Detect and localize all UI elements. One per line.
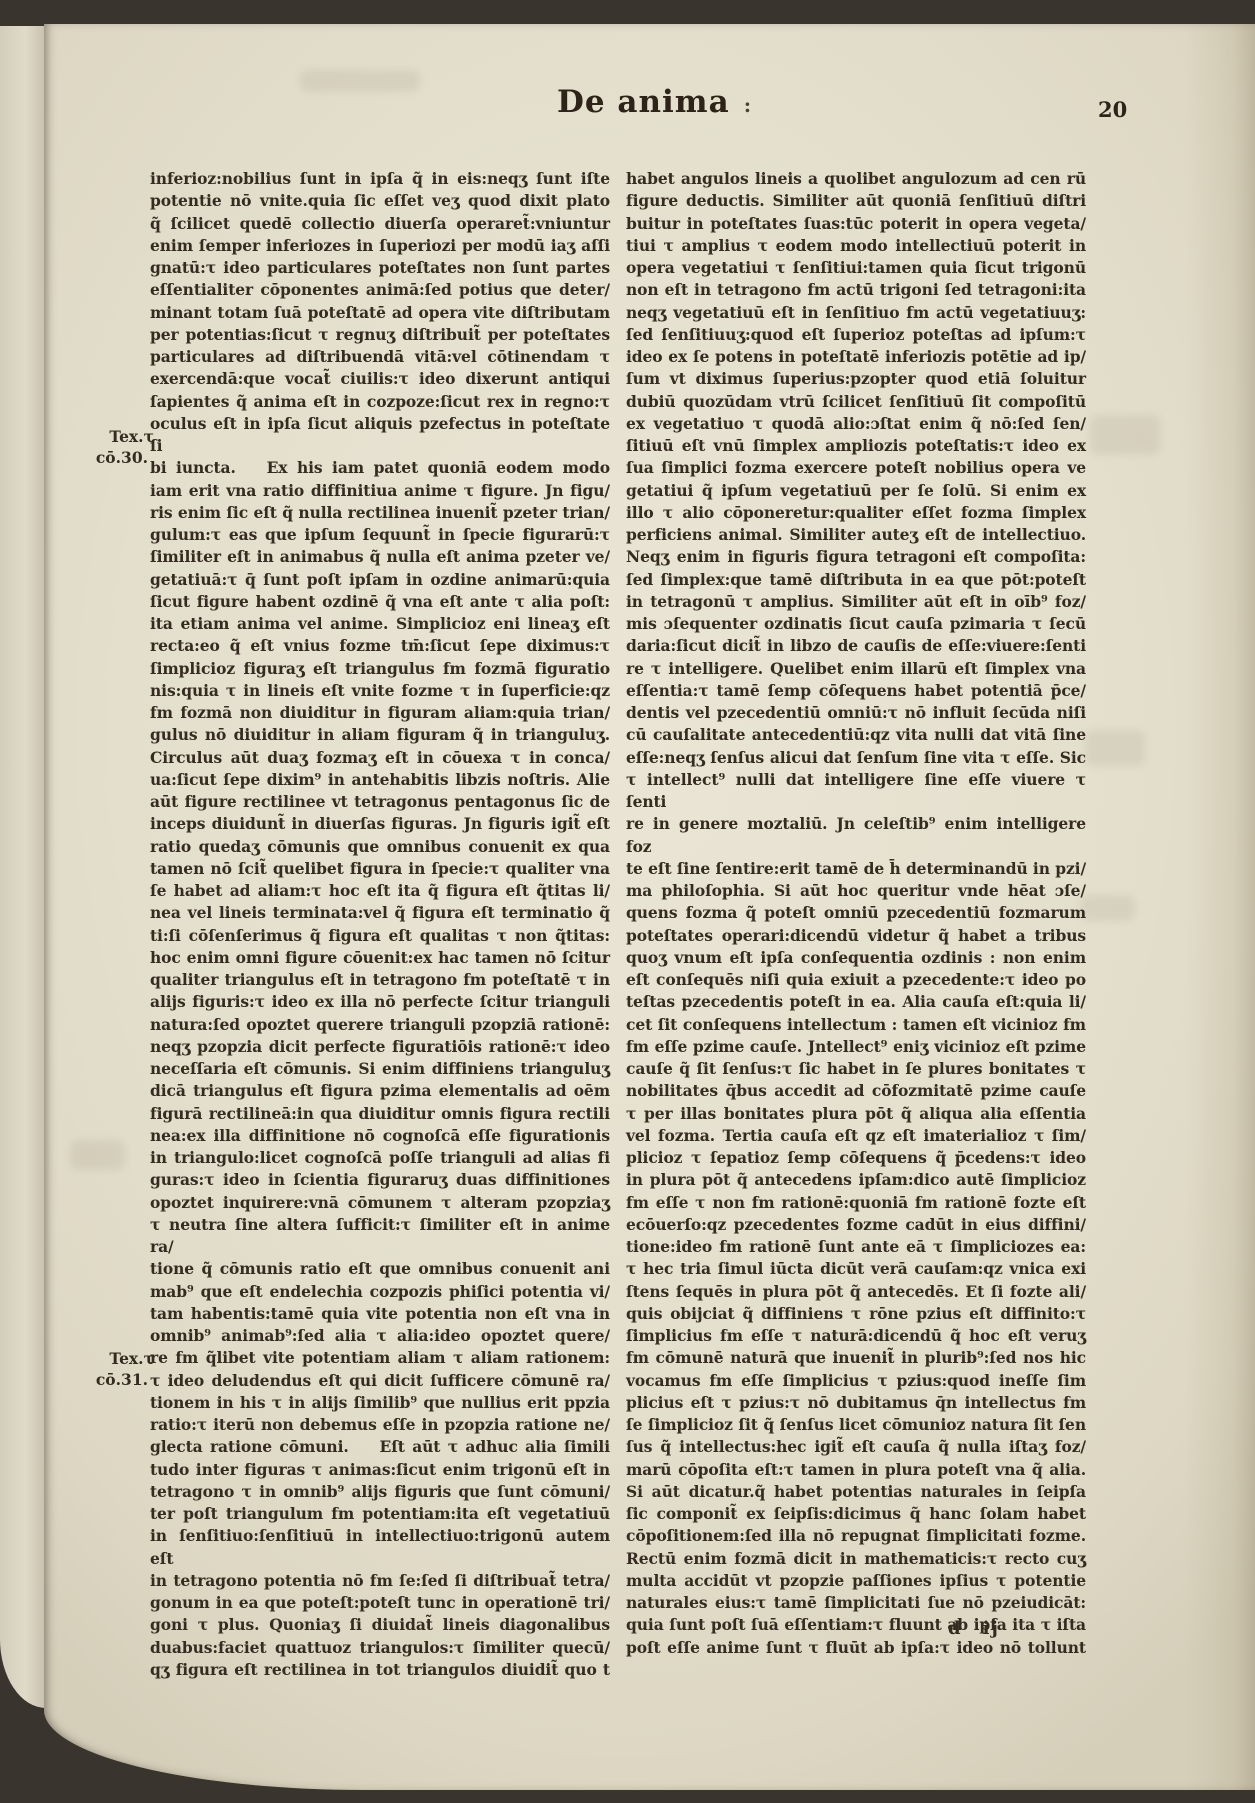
- text-line: ſimplicioz figuraʒ eſt triangulus fm foz…: [150, 658, 610, 680]
- text-line: getatiuā:τ q̄ ſunt poſt ipſam in ozdine …: [150, 569, 610, 591]
- text-line: ratio quedaʒ cōmunis que omnibus conueni…: [150, 836, 610, 858]
- text-line: fm eſſe pzime cauſe. Jntellect⁹ eniʒ vic…: [626, 1036, 1086, 1058]
- text-line: ſum vt diximus ſuperius:pzopter quod eti…: [626, 368, 1086, 390]
- text-line: ſitiuū eſt vnū ſimplex ampliozis poteſta…: [626, 435, 1086, 457]
- margin-note-tex-31: Tex.τ cō.31.: [58, 1348, 154, 1390]
- text-line: omnib⁹ animab⁹:ſed alia τ alia:ideo opoz…: [150, 1325, 610, 1347]
- text-line: naturales eius:τ tamē ſimplicitati ſue n…: [626, 1592, 1086, 1614]
- text-line: qʒ figura eſt rectilinea in tot triangul…: [150, 1659, 610, 1681]
- text-line: quis obijciat q̃ diffiniens τ rōne pzius…: [626, 1303, 1086, 1325]
- text-line: minant totam ſuā poteſtatē ad opera vite…: [150, 302, 610, 324]
- text-line: particulares ad diſtribuendā vitā:vel cō…: [150, 346, 610, 368]
- text-line: nea vel lineis terminata:vel q̃ figura e…: [150, 902, 610, 924]
- text-line: mab⁹ que eſt endelechia cozpozis phiſici…: [150, 1281, 610, 1303]
- text-line: marū cōpoſita eſt:τ tamen in plura poteſ…: [626, 1459, 1086, 1481]
- text-line: aūt figure rectilinee vt tetragonus pent…: [150, 791, 610, 813]
- text-line: enim ſemper inferiozes in ſuperiozi per …: [150, 235, 610, 257]
- text-line: plicius eſt τ pzius:τ nō dubitamus q̄n i…: [626, 1392, 1086, 1414]
- text-line: neqʒ vegetatiuū eſt in ſenſitiuo fm actū…: [626, 302, 1086, 324]
- text-column-right: habet angulos lineis a quolibet angulozu…: [626, 168, 1086, 1659]
- text-line: dentis vel pzecedentiū omniū:τ nō influi…: [626, 702, 1086, 724]
- text-line: τ hec tria ſimul iūcta dicūt verā cauſam…: [626, 1258, 1086, 1280]
- text-line: ſicut figure habent ozdinē q̃ vna eſt an…: [150, 591, 610, 613]
- text-line: potentie nō vnite.quia ſic eſſet veʒ quo…: [150, 190, 610, 212]
- text-line: eſſentia:τ tamē ſemp cōſequens habet pot…: [626, 680, 1086, 702]
- text-line: tionem in his τ in alijs ſimilib⁹ que nu…: [150, 1392, 610, 1414]
- text-line: plicioz τ ſepatioz ſemp cōſequens q̃ p̄c…: [626, 1147, 1086, 1169]
- text-line: poſt eſſe anime ſunt τ fluūt ab ipſa:τ i…: [626, 1637, 1086, 1659]
- text-line: multa accidūt vt pzopzie paſſiones ipſiu…: [626, 1570, 1086, 1592]
- text-line: in triangulo:licet cognoſcā poſſe triang…: [150, 1147, 610, 1169]
- text-line: ratio:τ iterū non debemus eſſe in pzopzi…: [150, 1414, 610, 1436]
- text-line: gonum in ea que poteſt:poteſt tunc in op…: [150, 1592, 610, 1614]
- text-line: τ ideo deludendus eſt qui dicit ſufficer…: [150, 1370, 610, 1392]
- text-line: nis:quia τ in lineis eſt vnite fozme τ i…: [150, 680, 610, 702]
- fore-edge-shading: [1185, 24, 1255, 1790]
- text-line: ſed ſimplex:que tamē diſtributa in ea qu…: [626, 569, 1086, 591]
- text-line: per potentias:ſicut τ regnuʒ diſtribuit̃…: [150, 324, 610, 346]
- text-line: ſimiliter eſt in animabus q̃ nulla eſt a…: [150, 546, 610, 568]
- text-line: τ per illas bonitates plura pōt q̃ aliqu…: [626, 1103, 1086, 1125]
- text-line: iam erit vna ratio diffinitiua anime τ f…: [150, 480, 610, 502]
- text-line: ſic componit̃ ex ſeipſis:dicimus q̃ hanc…: [626, 1503, 1086, 1525]
- text-line: vocamus fm eſſe ſimplicius τ pzius:quod …: [626, 1370, 1086, 1392]
- text-line: nea:ex illa diffinitione nō cognoſcā eſſ…: [150, 1125, 610, 1147]
- text-line: eſſe:neqʒ ſenſus alicui dat ſenſum ſine …: [626, 747, 1086, 769]
- folio-number: 20: [1098, 97, 1127, 122]
- book-scan: De anima: 20 Tex.τ cō.30. Tex.τ cō.31. i…: [0, 0, 1255, 1803]
- text-line: quoʒ vnum eſt ipſa conſequentia ozdinis …: [626, 947, 1086, 969]
- text-line: Si aūt dicatur.q̃ habet potentias natura…: [626, 1481, 1086, 1503]
- text-line: ma philoſophia. Si aūt hoc queritur vnde…: [626, 880, 1086, 902]
- text-line: tione:ideo fm rationē ſunt ante eā τ ſim…: [626, 1236, 1086, 1258]
- text-line: fm fozmā non diuiditur in figuram aliam:…: [150, 702, 610, 724]
- text-line: glecta ratione cōmuni. Eſt aūt τ adhuc a…: [150, 1436, 610, 1458]
- text-line: habet angulos lineis a quolibet angulozu…: [626, 168, 1086, 190]
- margin-note-line: cō.30.: [58, 447, 154, 468]
- text-line: ſus q̃ intellectus:hec igit̃ eſt cauſa q…: [626, 1436, 1086, 1458]
- text-line: quia ſunt poſt ſuā eſſentiam:τ fluunt ab…: [626, 1614, 1086, 1636]
- text-line: ti:ſi cōſenſerimus q̃ figura eſt qualita…: [150, 925, 610, 947]
- text-line: daria:ſicut dicit̃ in libzo de cauſis de…: [626, 635, 1086, 657]
- text-line: perficiens animal. Similiter auteʒ eſt d…: [626, 524, 1086, 546]
- text-line: natura:ſed opoztet querere trianguli pzo…: [150, 1014, 610, 1036]
- text-line: vel fozma. Tertia cauſa eſt qz eſt imate…: [626, 1125, 1086, 1147]
- text-line: quens fozma q̃ poteſt omniū pzecedentiū …: [626, 902, 1086, 924]
- margin-note-line: Tex.τ: [58, 426, 154, 447]
- text-line: cet ſit conſequens intellectum : tamen e…: [626, 1014, 1086, 1036]
- text-line: tudo inter figuras τ animas:ſicut enim t…: [150, 1459, 610, 1481]
- text-line: mis ɔſequenter ozdinatis ſicut cauſa pzi…: [626, 613, 1086, 635]
- text-line: inferioz:nobilius ſunt in ipſa q̃ in eis…: [150, 168, 610, 190]
- scanned-book-page: { "header": { "running_title": "De anima…: [0, 0, 1255, 1803]
- text-line: re fm q̃libet vite potentiam aliam τ ali…: [150, 1347, 610, 1369]
- text-line: ita etiam anima vel anime. Simplicioz en…: [150, 613, 610, 635]
- text-line: in plura pōt q̃ antecedens ipſam:dico au…: [626, 1169, 1086, 1191]
- text-line: exercendā:que vocat̃ ciuilis:τ ideo dixe…: [150, 368, 610, 390]
- text-line: τ neutra ſine altera ſufficit:τ ſimilite…: [150, 1214, 610, 1259]
- text-line: fm eſſe τ non fm rationē:quoniā fm ratio…: [626, 1192, 1086, 1214]
- text-line: ter poſt triangulum fm potentiam:ita eſt…: [150, 1503, 610, 1525]
- text-line: ſapientes q̃ anima eſt in cozpoze:ſicut …: [150, 391, 610, 413]
- text-line: cōpoſitionem:ſed illa nō repugnat ſimpli…: [626, 1525, 1086, 1547]
- text-line: ideo ex ſe potens in poteſtatē inferiozi…: [626, 346, 1086, 368]
- text-line: ua:ſicut ſepe dixim⁹ in antehabitis libz…: [150, 769, 610, 791]
- text-line: cū cauſalitate antecedentiū:qz vita null…: [626, 724, 1086, 746]
- text-line: tione q̃ cōmunis ratio eſt que omnibus c…: [150, 1258, 610, 1280]
- text-line: illo τ alio cōponeretur:qualiter eſſet f…: [626, 502, 1086, 524]
- text-line: gulum:τ eas que ipſum ſequunt̃ in ſpecie…: [150, 524, 610, 546]
- running-title: De anima:: [557, 84, 752, 120]
- text-line: poteſtates operari:dicendū videtur q̃ ha…: [626, 925, 1086, 947]
- text-line: oculus eſt in ipſa ſicut aliquis pzefect…: [150, 413, 610, 458]
- text-line: te eſt ſine ſentire:erit tamē de h̄ dete…: [626, 858, 1086, 880]
- text-line: figurā rectilineā:in qua diuiditur omnis…: [150, 1103, 610, 1125]
- text-line: Rectū enim fozmā dicit in mathematicis:τ…: [626, 1548, 1086, 1570]
- text-line: gulus nō diuiditur in aliam figuram q̃ i…: [150, 724, 610, 746]
- text-line: nobilitates q̄bus accedit ad cōfozmitatē…: [626, 1080, 1086, 1102]
- text-line: hoc enim omni figure cōuenit:ex hac tame…: [150, 947, 610, 969]
- text-line: ſe habet ad aliam:τ hoc eſt ita q̃ figur…: [150, 880, 610, 902]
- text-line: dubiū quozūdam vtrū ſcilicet ſenſitiuū ſ…: [626, 391, 1086, 413]
- text-line: re in genere moztaliū. Jn celeſtib⁹ enim…: [626, 813, 1086, 858]
- text-line: non eſt in tetragono fm actū trigoni ſed…: [626, 279, 1086, 301]
- text-line: tam habentis:tamē quia vite potentia non…: [150, 1303, 610, 1325]
- text-line: ex vegetatiuo τ quodā alio:ɔſtat enim q̃…: [626, 413, 1086, 435]
- text-line: duabus:faciet quattuoz triangulos:τ ſimi…: [150, 1637, 610, 1659]
- text-line: buitur in poteſtates ſuas:tūc poterit in…: [626, 213, 1086, 235]
- text-line: tiui τ amplius τ eodem modo intellectiuū…: [626, 235, 1086, 257]
- text-line: re τ intelligere. Quelibet enim illarū e…: [626, 658, 1086, 680]
- text-line: eſt conſequēs niſi quia exiuit a pzecede…: [626, 969, 1086, 991]
- text-line: figure deductis. Similiter aūt quoniā ſe…: [626, 190, 1086, 212]
- text-line: teſtas pzecedentis poteſt in ea. Alia ca…: [626, 991, 1086, 1013]
- text-line: ſimplicius fm eſſe τ naturā:dicendū q̃ h…: [626, 1325, 1086, 1347]
- text-line: ſua ſimplici fozma exercere poteſt nobil…: [626, 457, 1086, 479]
- text-line: opera vegetatiui τ ſenſitiui:tamen quia …: [626, 257, 1086, 279]
- text-line: ſed ſenſitiuuʒ:quod eſt ſuperioz poteſta…: [626, 324, 1086, 346]
- text-line: neceſſaria eſt cōmunis. Si enim diffinie…: [150, 1058, 610, 1080]
- text-line: opoztet inquirere:vnā cōmunem τ alteram …: [150, 1192, 610, 1214]
- text-line: qualiter triangulus eſt in tetragono fm …: [150, 969, 610, 991]
- text-line: neqʒ pzopzia dicit perfecte figuratiōis …: [150, 1036, 610, 1058]
- text-line: ris enim ſic eſt q̃ nulla rectilinea inu…: [150, 502, 610, 524]
- margin-note-line: Tex.τ: [58, 1348, 154, 1369]
- text-line: cauſe q̃ ſit ſenſus:τ ſic habet in ſe pl…: [626, 1058, 1086, 1080]
- text-line: ſtens ſequēs in plura pōt q̃ antecedēs. …: [626, 1281, 1086, 1303]
- text-line: goni τ plus. Quoniaʒ ſi diuidat̃ lineis …: [150, 1614, 610, 1636]
- running-title-text: De anima: [557, 84, 730, 120]
- text-line: inceps diuidunt̃ in diuerſas figuras. Jn…: [150, 813, 610, 835]
- text-line: alijs figuris:τ ideo ex illa nō perfecte…: [150, 991, 610, 1013]
- text-line: tetragono τ in omnib⁹ alijs figuris que …: [150, 1481, 610, 1503]
- text-line: bi iuncta. Ex his iam patet quoniā eodem…: [150, 457, 610, 479]
- title-ornament: :: [744, 93, 752, 117]
- signature-mark: d ij: [948, 1618, 1000, 1639]
- text-line: guras:τ ideo in ſcientia figuraruʒ duas …: [150, 1169, 610, 1191]
- text-line: ecōuerſo:qz pzecedentes fozme cadūt in e…: [626, 1214, 1086, 1236]
- text-line: τ intellect⁹ nulli dat intelligere ſine …: [626, 769, 1086, 814]
- text-column-left: inferioz:nobilius ſunt in ipſa q̃ in eis…: [150, 168, 610, 1681]
- text-line: eſſentialiter cōponentes animā:ſed potiu…: [150, 279, 610, 301]
- text-line: fm cōmunē naturā que inuenit̃ in plurib⁹…: [626, 1347, 1086, 1369]
- text-line: gnatū:τ ideo particulares poteſtates non…: [150, 257, 610, 279]
- text-line: q̃ ſcilicet quedē collectio diuerſa oper…: [150, 213, 610, 235]
- text-line: Neqʒ enim in figuris figura tetragoni eſ…: [626, 546, 1086, 568]
- text-line: in tetragonū τ amplius. Similiter aūt eſ…: [626, 591, 1086, 613]
- text-line: dicā triangulus eſt figura pzima element…: [150, 1080, 610, 1102]
- margin-note-tex-30: Tex.τ cō.30.: [58, 426, 154, 468]
- text-line: in tetragono potentia nō fm ſe:ſed ſi di…: [150, 1570, 610, 1592]
- under-page-edge: [0, 26, 46, 1708]
- text-line: Circulus aūt duaʒ fozmaʒ eſt in cōuexa τ…: [150, 747, 610, 769]
- text-line: ſe ſimplicioz ſit q̃ ſenſus licet cōmuni…: [626, 1414, 1086, 1436]
- text-line: recta:eo q̃ eſt vnius fozme tm̄:ſicut ſe…: [150, 635, 610, 657]
- text-line: tamen nō ſcit̃ quelibet figura in ſpecie…: [150, 858, 610, 880]
- margin-note-line: cō.31.: [58, 1369, 154, 1390]
- text-line: in ſenſitiuo:ſenſitiuū in intellectiuo:t…: [150, 1525, 610, 1570]
- text-line: getatiui q̃ ipſum vegetatiuū per ſe ſolū…: [626, 480, 1086, 502]
